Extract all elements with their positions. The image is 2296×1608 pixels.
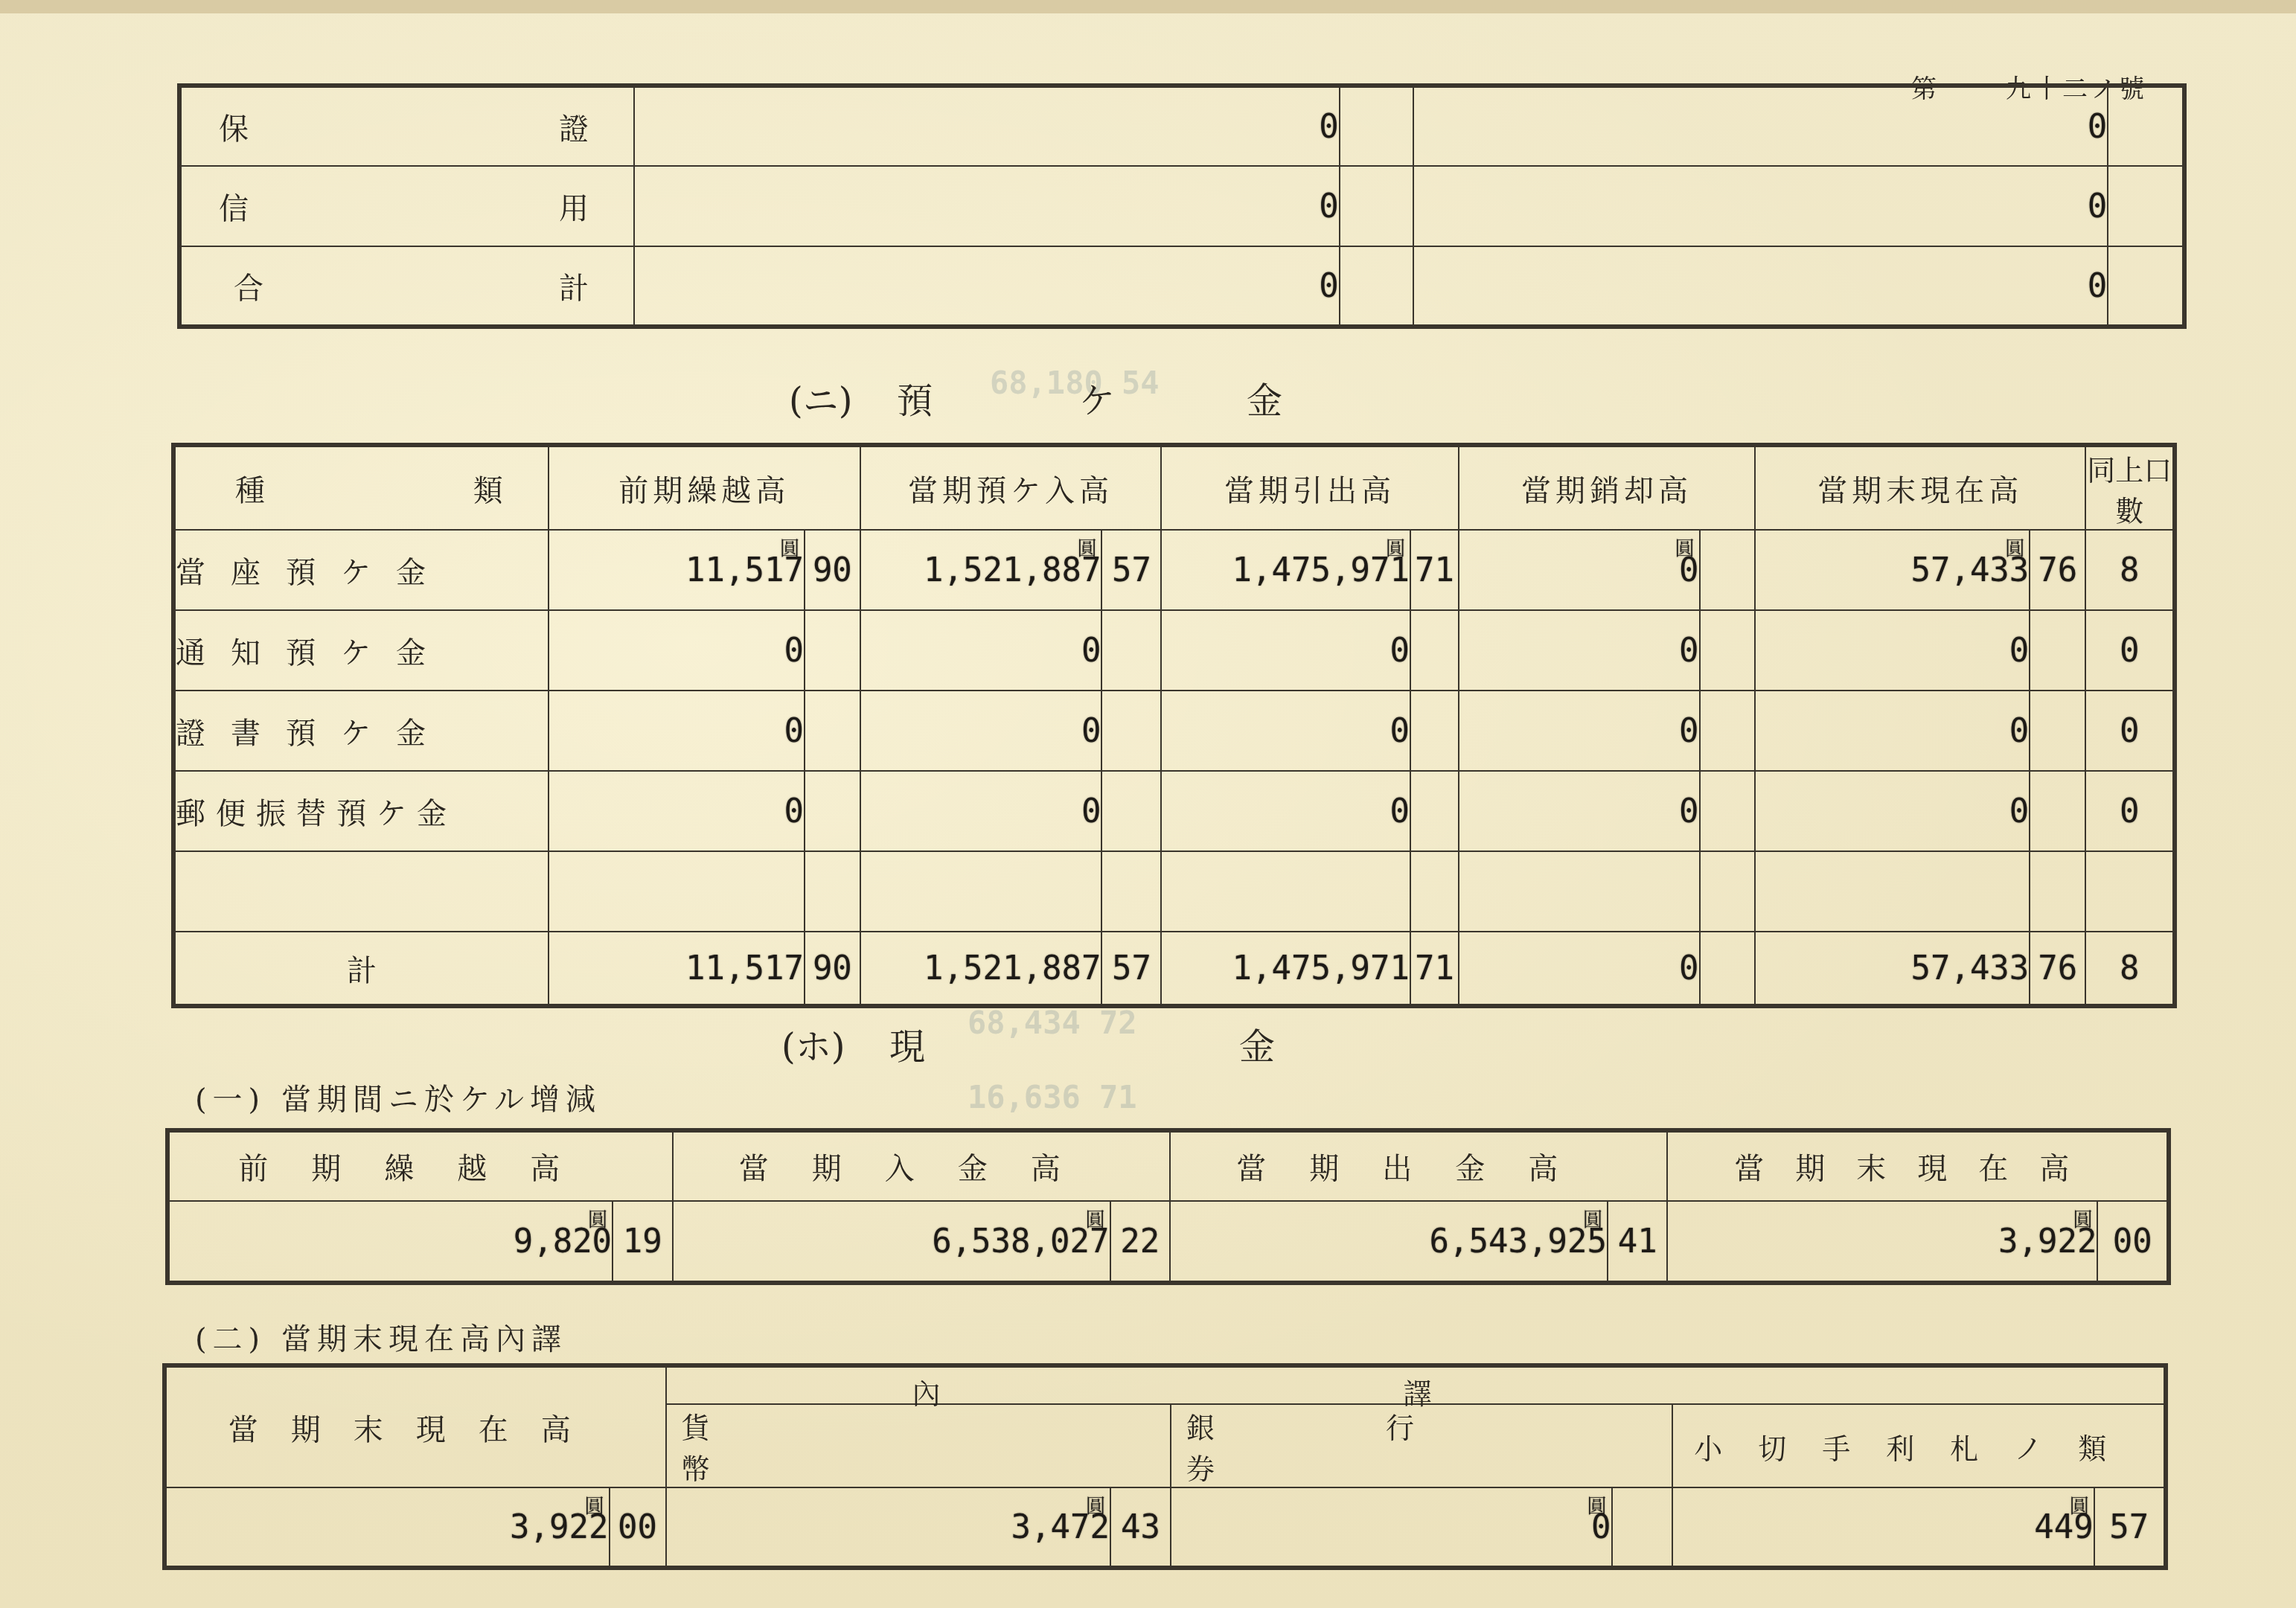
- deposits-title-char: 預: [897, 372, 933, 423]
- cash-change-header-row: 前期繰越高 當期入金高 當期出金高 當期末現在高: [167, 1130, 2169, 1201]
- deposits-title-marker: (ニ): [789, 372, 852, 423]
- end-yen: 0: [1755, 610, 2030, 691]
- prev-yen: 0: [549, 691, 805, 771]
- withdraw-yen: 1,475,971: [1232, 551, 1409, 589]
- cash-change-table: 前期繰越高 當期入金高 當期出金高 當期末現在高 圓9,820 19 圓6,53…: [165, 1128, 2171, 1285]
- yen-unit: 圓: [1086, 1205, 1105, 1232]
- row-label-left: 合: [234, 265, 263, 307]
- row-label-right: 計: [559, 265, 589, 307]
- column-header-bank-notes: 銀行券: [1171, 1404, 1672, 1487]
- prev-yen: 0: [549, 771, 805, 851]
- yen-unit: 圓: [1386, 534, 1405, 561]
- column-header-withdraw: 當期引出高: [1161, 445, 1459, 530]
- deposit-sen: 57: [1101, 530, 1161, 610]
- prev-yen: 0: [549, 610, 805, 691]
- table-row-blank: [173, 851, 2175, 932]
- row-label-left: 信: [219, 185, 249, 228]
- guarantee-value: 0: [1413, 86, 2108, 166]
- bank-notes-yen-cell: 圓0: [1171, 1487, 1611, 1568]
- prev-sen: [805, 771, 860, 851]
- column-header-count: 同上口數: [2085, 445, 2175, 530]
- table-row: 郵便振替預ケ金 0 0 0 0 0 0: [173, 771, 2175, 851]
- cash-in-sen: 22: [1110, 1201, 1170, 1283]
- column-header-kind-left: 種: [235, 467, 265, 510]
- total-deposit-sen: 57: [1101, 932, 1161, 1006]
- withdraw-sen: [1410, 610, 1459, 691]
- end-yen: 0: [1755, 691, 2030, 771]
- yen-unit: 圓: [2005, 534, 2024, 561]
- total-deposit-yen: 1,521,887: [860, 932, 1102, 1006]
- group-header-right: 譯: [1404, 1371, 1432, 1412]
- total-value: 0: [1413, 246, 2108, 327]
- end-sen: [2030, 691, 2085, 771]
- checks-sen: 57: [2094, 1487, 2166, 1568]
- yen-unit: 圓: [780, 534, 799, 561]
- column-header-kind-right: 類: [473, 467, 503, 510]
- guarantee-table: 保證 0 0 信用 0 0 合計 0 0: [177, 83, 2187, 329]
- yen-unit: 圓: [1587, 1491, 1607, 1519]
- row-label-right: 用: [559, 185, 589, 228]
- prev-sen: 90: [805, 530, 860, 610]
- deposit-kind: 證書預ケ金: [173, 691, 549, 771]
- bleed-through-text: 68,434 72: [968, 1005, 1137, 1041]
- prev-sen: [805, 610, 860, 691]
- end-sen: [2030, 610, 2085, 691]
- yen-unit: 圓: [1086, 1491, 1105, 1519]
- checks-yen-cell: 圓449: [1672, 1487, 2094, 1568]
- cash-out-yen: 6,543,925: [1430, 1223, 1607, 1261]
- account-count: 0: [2085, 771, 2175, 851]
- guarantee-value: 0: [634, 86, 1340, 166]
- total-writeoff-yen: 0: [1459, 932, 1700, 1006]
- writeoff-sen: [1700, 691, 1756, 771]
- deposits-header-row: 種類 前期繰越高 當期預ケ入高 當期引出高 當期銷却高 當期末現在高 同上口數: [173, 445, 2175, 530]
- deposit-yen-cell: 圓1,521,887: [860, 530, 1102, 610]
- withdraw-sen: [1410, 691, 1459, 771]
- deposit-sen: [1101, 771, 1161, 851]
- total-sen: 00: [610, 1487, 666, 1568]
- total-withdraw-yen: 1,475,971: [1161, 932, 1410, 1006]
- column-header-deposit: 當期預ケ入高: [860, 445, 1162, 530]
- deposit-kind: 郵便振替預ケ金: [173, 771, 549, 851]
- column-header-prev-balance: 前期繰越高: [167, 1130, 673, 1201]
- writeoff-sen: [1700, 610, 1756, 691]
- yen-unit: 圓: [1675, 534, 1695, 561]
- cash-title-marker: (ホ): [781, 1018, 845, 1069]
- deposit-kind: 通知預ケ金: [173, 610, 549, 691]
- breakdown-header-row-1: 當期末現在高 內 譯: [164, 1365, 2166, 1404]
- column-header-writeoff: 當期銷却高: [1459, 445, 1755, 530]
- column-header-checks-coupons: 小切手利札ノ類: [1672, 1404, 2166, 1487]
- table-row: 圓9,820 19 圓6,538,027 22 圓6,543,925 41 圓3…: [167, 1201, 2169, 1283]
- deposit-kind: 當座預ケ金: [173, 530, 549, 610]
- writeoff-yen: 0: [1459, 771, 1700, 851]
- yen-unit: 圓: [2070, 1491, 2089, 1519]
- credit-value: 0: [1413, 166, 2108, 246]
- deposit-yen: 0: [860, 691, 1102, 771]
- total-prev-sen: 90: [805, 932, 860, 1006]
- end-sen: [2030, 771, 2085, 851]
- deposit-sen: [1101, 691, 1161, 771]
- end-balance-yen-cell: 圓3,922: [1667, 1201, 2097, 1283]
- withdraw-yen: 0: [1161, 610, 1410, 691]
- total-value: 0: [634, 246, 1340, 327]
- table-row: 通知預ケ金 0 0 0 0 0 0: [173, 610, 2175, 691]
- yen-unit: 圓: [1077, 534, 1096, 561]
- column-header-cash-in: 當期入金高: [673, 1130, 1170, 1201]
- end-yen-cell: 圓57,433: [1755, 530, 2030, 610]
- total-yen-cell: 圓3,922: [164, 1487, 610, 1568]
- table-row: 合計 0 0: [179, 246, 2184, 327]
- group-header-breakdown: 內 譯: [666, 1365, 2167, 1404]
- writeoff-sen: [1700, 530, 1756, 610]
- deposits-title-char: 金: [1247, 372, 1282, 423]
- cash-out-yen-cell: 圓6,543,925: [1170, 1201, 1608, 1283]
- column-header-cash-out: 當期出金高: [1170, 1130, 1667, 1201]
- cash-change-subtitle: (一) 當期間ニ於ケル增減: [195, 1076, 601, 1118]
- writeoff-sen: [1700, 771, 1756, 851]
- prev-sen: [805, 691, 860, 771]
- cash-out-sen: 41: [1608, 1201, 1667, 1283]
- withdraw-sen: 71: [1410, 530, 1459, 610]
- cash-breakdown-table: 當期末現在高 內 譯 貨幣 銀行券 小切手利札ノ類 圓3,922 00 圓3,4…: [162, 1363, 2168, 1570]
- bank-notes-sen: [1612, 1487, 1672, 1568]
- end-sen: 76: [2030, 530, 2085, 610]
- total-writeoff-sen: [1700, 932, 1756, 1006]
- cash-title-char: 現: [889, 1018, 925, 1069]
- deposit-yen: 0: [860, 610, 1102, 691]
- column-header-currency: 貨幣: [666, 1404, 1171, 1487]
- page-edge: [0, 0, 2296, 13]
- total-end-yen: 57,433: [1755, 932, 2030, 1006]
- group-header-left: 內: [912, 1371, 941, 1412]
- cash-in-yen: 6,538,027: [932, 1223, 1109, 1261]
- end-yen: 0: [1755, 771, 2030, 851]
- row-label-right: 證: [559, 106, 589, 148]
- cash-title-char: 金: [1239, 1018, 1275, 1069]
- deposit-sen: [1101, 610, 1161, 691]
- total-withdraw-sen: 71: [1410, 932, 1459, 1006]
- currency-yen-cell: 圓3,472: [666, 1487, 1111, 1568]
- table-row: 圓3,922 00 圓3,472 43 圓0 圓449 57: [164, 1487, 2166, 1568]
- bleed-through-text: 16,636 71: [968, 1079, 1137, 1115]
- table-row: 當座預ケ金 圓11,517 90 圓1,521,887 57 圓1,475,97…: [173, 530, 2175, 610]
- total-end-sen: 76: [2030, 932, 2085, 1006]
- account-count: 8: [2085, 530, 2175, 610]
- cash-in-yen-cell: 圓6,538,027: [673, 1201, 1110, 1283]
- currency-sen: 43: [1110, 1487, 1171, 1568]
- total-count: 8: [2085, 932, 2175, 1006]
- yen-unit: 圓: [585, 1491, 604, 1519]
- deposits-title-char: ケ: [1079, 372, 1115, 423]
- cash-breakdown-subtitle: (二) 當期末現在高內譯: [195, 1316, 567, 1358]
- writeoff-yen: 0: [1459, 610, 1700, 691]
- prev-balance-yen-cell: 圓9,820: [167, 1201, 613, 1283]
- yen-unit: 圓: [1583, 1205, 1602, 1232]
- prev-balance-sen: 19: [613, 1201, 672, 1283]
- total-prev-yen: 11,517: [549, 932, 805, 1006]
- withdraw-yen-cell: 圓1,475,971: [1161, 530, 1410, 610]
- document-page: 68,180 54 68,434 72 16,636 71 第 九十二ノ號 保證…: [0, 0, 2296, 1608]
- table-row: 信用 0 0: [179, 166, 2184, 246]
- account-count: 0: [2085, 691, 2175, 771]
- column-header-end-balance: 當期末現在高: [1667, 1130, 2169, 1201]
- prev-yen-cell: 圓11,517: [549, 530, 805, 610]
- column-header-end: 當期末現在高: [1755, 445, 2085, 530]
- table-row: 保證 0 0: [179, 86, 2184, 166]
- yen-unit: 圓: [588, 1205, 607, 1232]
- withdraw-sen: [1410, 771, 1459, 851]
- bleed-through-text: 68,180 54: [990, 365, 1160, 401]
- column-header-prev: 前期繰越高: [549, 445, 860, 530]
- deposit-yen: 0: [860, 771, 1102, 851]
- table-row: 證書預ケ金 0 0 0 0 0 0: [173, 691, 2175, 771]
- row-label-left: 保: [219, 106, 249, 148]
- deposit-kind: [173, 851, 549, 932]
- writeoff-yen: 0: [1459, 691, 1700, 771]
- credit-value: 0: [634, 166, 1340, 246]
- deposits-table: 種類 前期繰越高 當期預ケ入高 當期引出高 當期銷却高 當期末現在高 同上口數 …: [171, 443, 2177, 1008]
- withdraw-yen: 0: [1161, 771, 1410, 851]
- table-total-row: 計 11,517 90 1,521,887 57 1,475,971 71 0 …: [173, 932, 2175, 1006]
- yen-unit: 圓: [2073, 1205, 2092, 1232]
- end-balance-sen: 00: [2097, 1201, 2169, 1283]
- withdraw-yen: 0: [1161, 691, 1410, 771]
- total-label: 計: [173, 932, 549, 1006]
- deposit-yen: 1,521,887: [924, 551, 1101, 589]
- writeoff-yen-cell: 圓0: [1459, 530, 1700, 610]
- account-count: 0: [2085, 610, 2175, 691]
- column-header-total: 當期末現在高: [164, 1365, 666, 1487]
